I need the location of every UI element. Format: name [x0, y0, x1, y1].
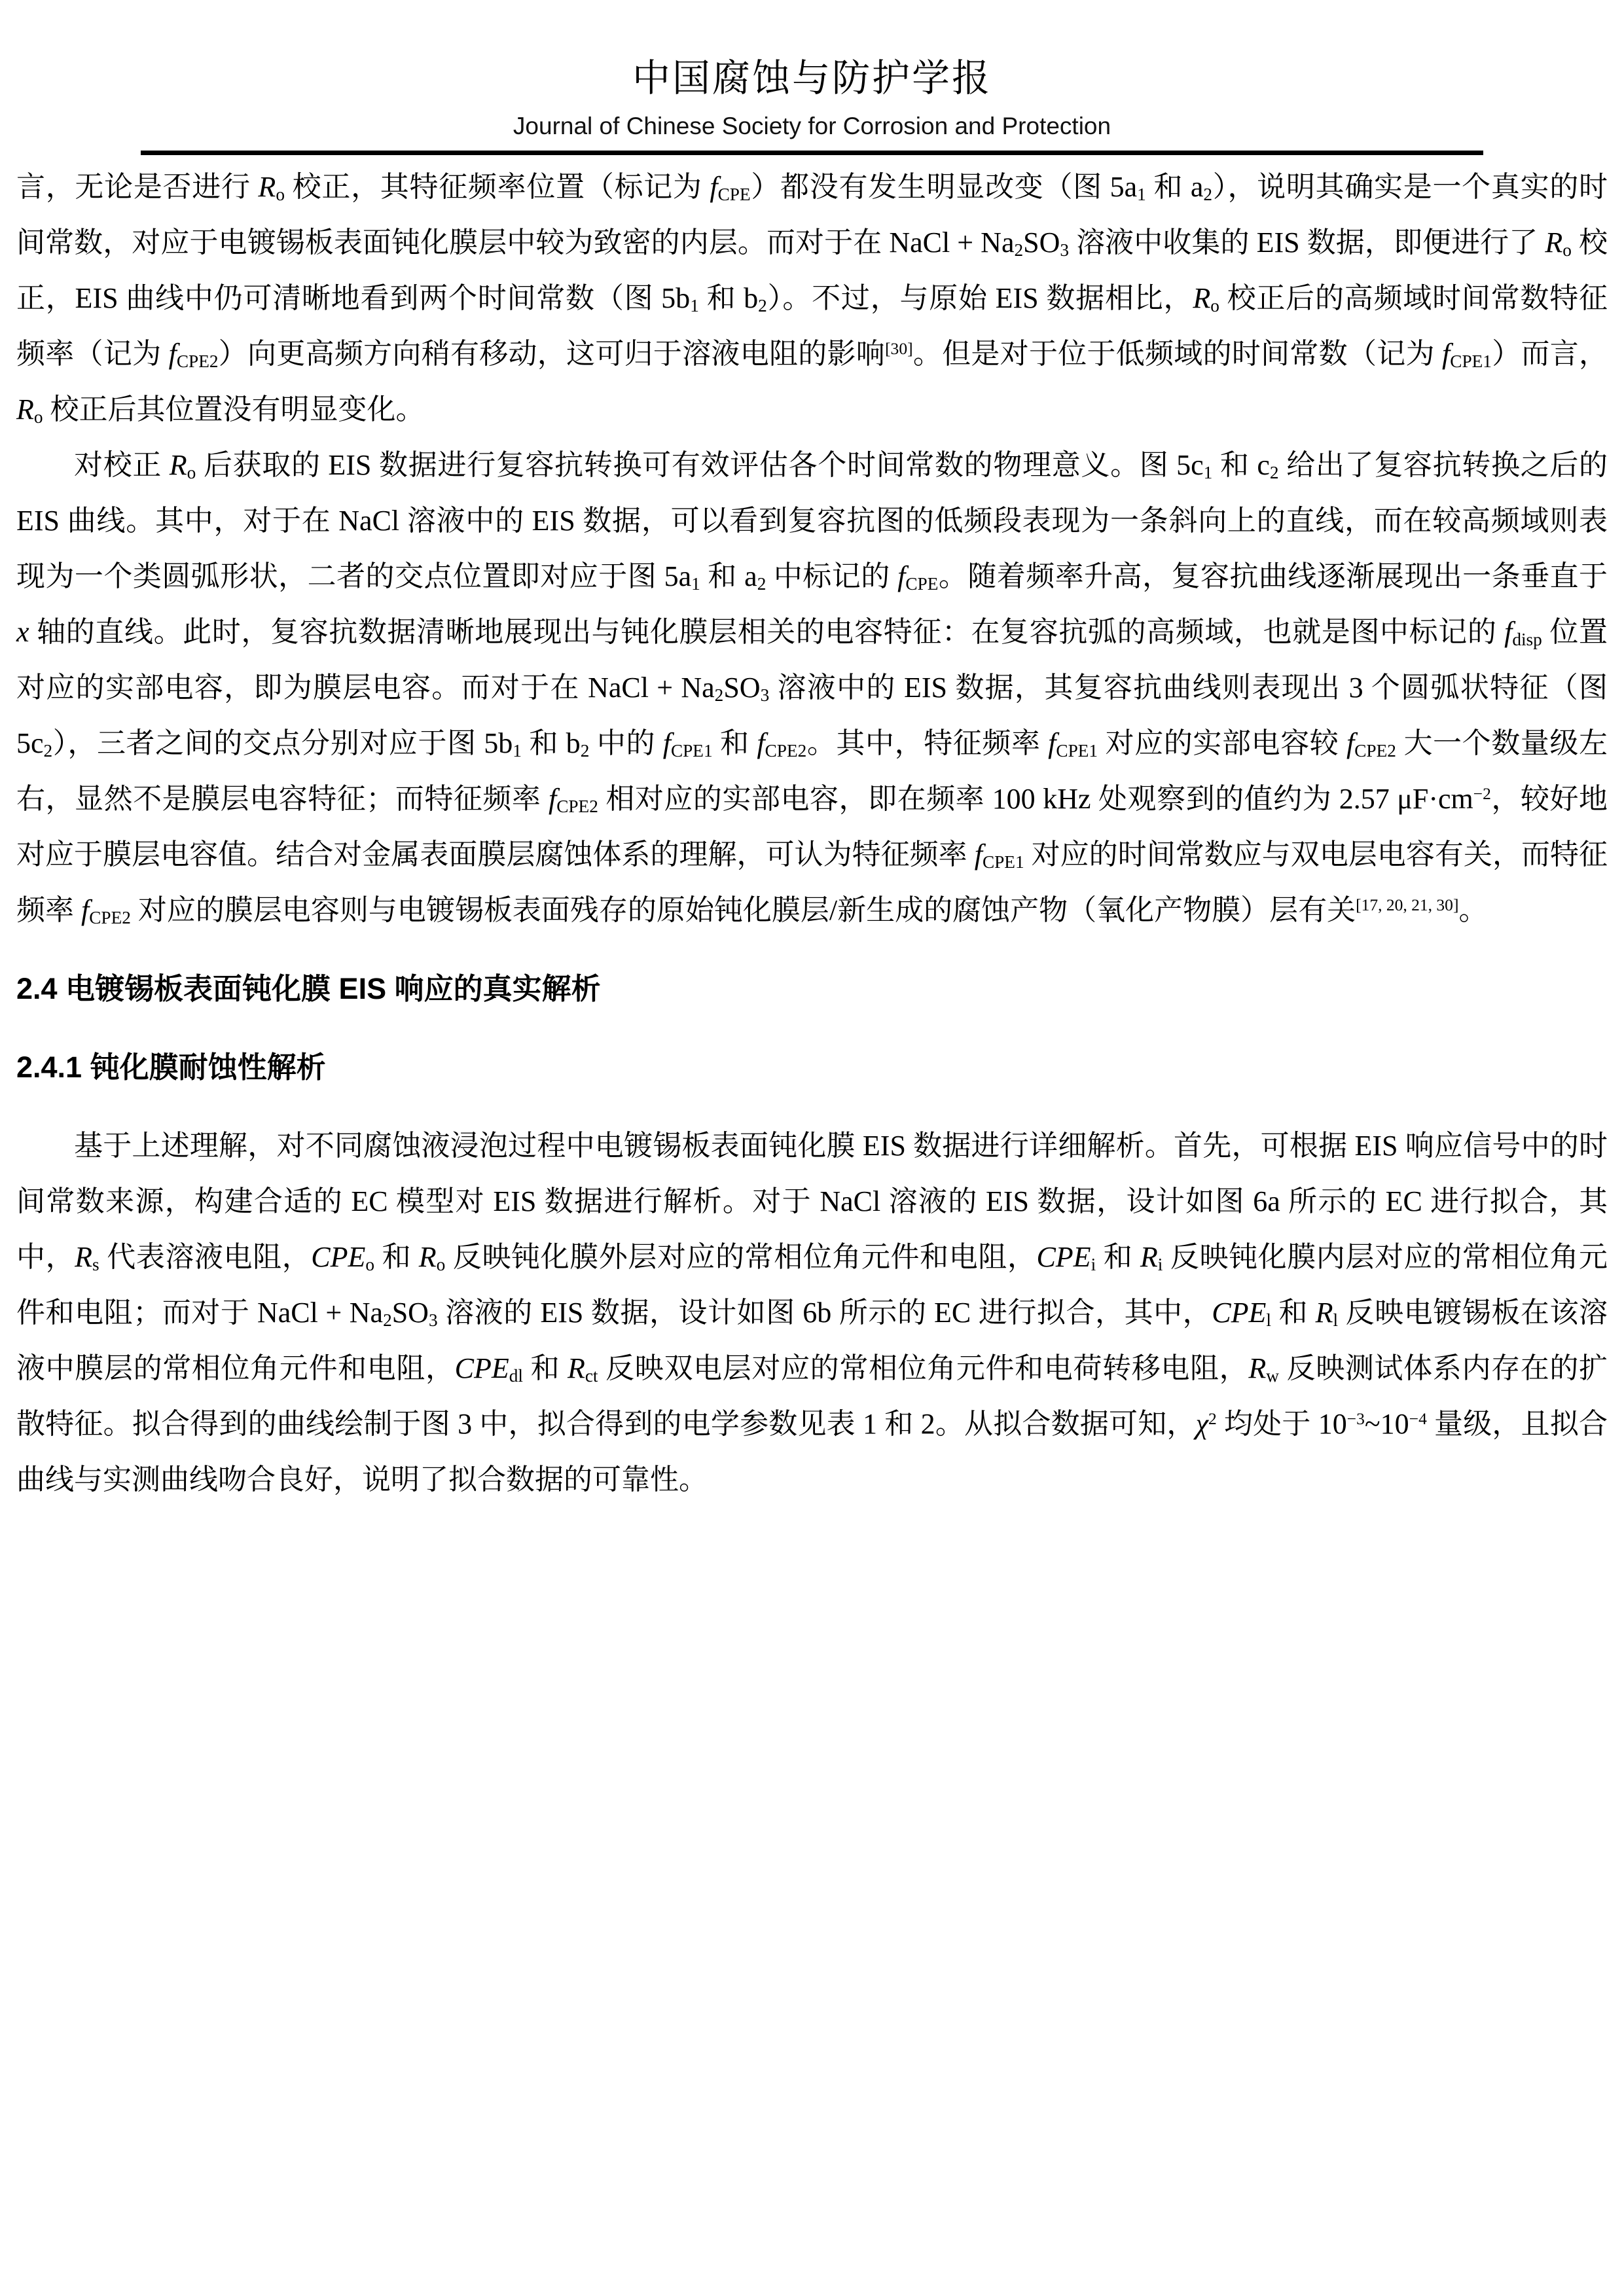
- document-page: 中国腐蚀与防护学报 Journal of Chinese Society for…: [0, 0, 1624, 2296]
- article-body: 言，无论是否进行 Ro 校正，其特征频率位置（标记为 fCPE）都没有发生明显改…: [16, 159, 1608, 1507]
- subsection-heading: 2.4.1 钝化膜耐蚀性解析: [16, 1039, 1608, 1095]
- body-paragraph: 基于上述理解，对不同腐蚀液浸泡过程中电镀锡板表面钝化膜 EIS 数据进行详细解析…: [16, 1118, 1608, 1507]
- journal-title-chinese: 中国腐蚀与防护学报: [141, 58, 1483, 99]
- journal-header: 中国腐蚀与防护学报 Journal of Chinese Society for…: [141, 0, 1483, 155]
- section-heading: 2.4 电镀锡板表面钝化膜 EIS 响应的真实解析: [16, 961, 1608, 1016]
- body-paragraph: 对校正 Ro 后获取的 EIS 数据进行复容抗转换可有效评估各个时间常数的物理意…: [16, 437, 1608, 938]
- body-paragraph: 言，无论是否进行 Ro 校正，其特征频率位置（标记为 fCPE）都没有发生明显改…: [16, 159, 1608, 437]
- journal-title-english: Journal of Chinese Society for Corrosion…: [141, 113, 1483, 140]
